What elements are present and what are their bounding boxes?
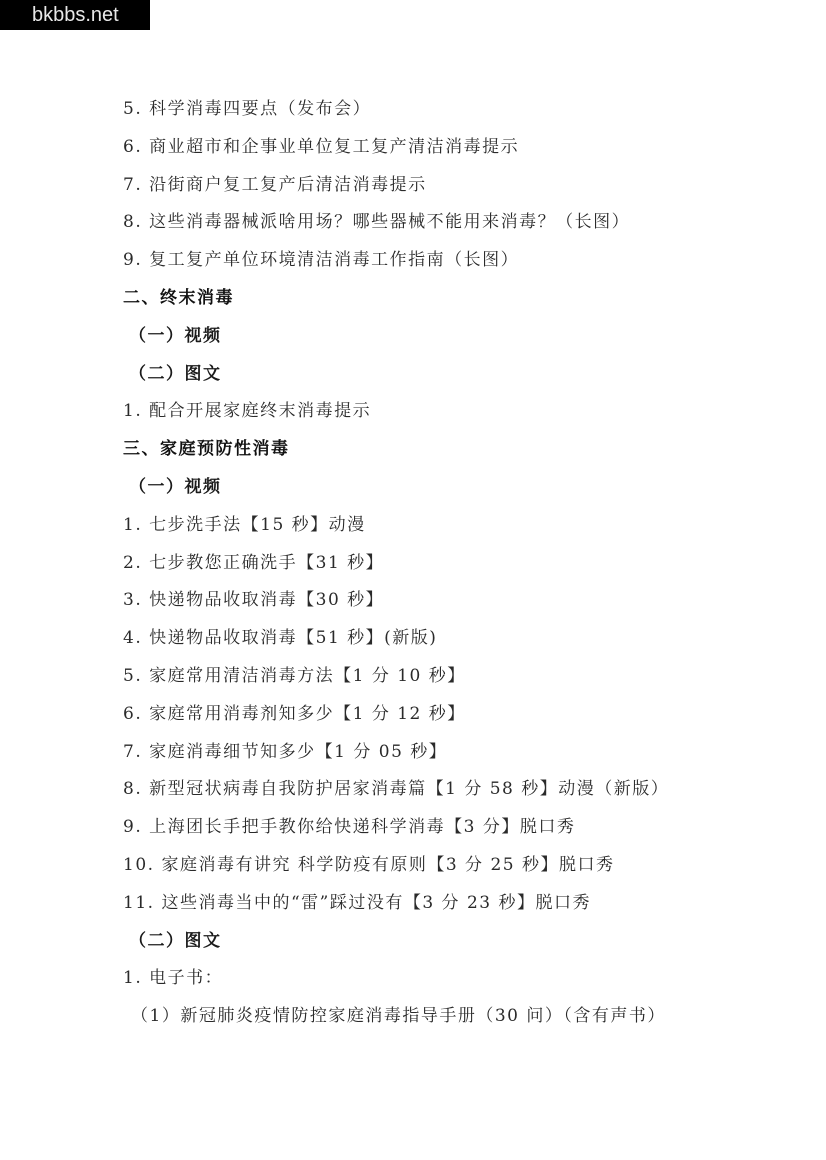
list-item: 8. 这些消毒器械派啥用场？哪些器械不能用来消毒？（长图） — [123, 204, 763, 242]
list-item: 3. 快递物品收取消毒【30 秒】 — [123, 582, 763, 620]
list-subitem: （1）新冠肺炎疫情防控家庭消毒指导手册（30 问）（含有声书） — [123, 998, 763, 1036]
section-heading: 三、家庭预防性消毒 — [123, 431, 763, 469]
list-item: 6. 家庭常用消毒剂知多少【1 分 12 秒】 — [123, 696, 763, 734]
document-body: 5. 科学消毒四要点（发布会） 6. 商业超市和企事业单位复工复产清洁消毒提示 … — [123, 91, 763, 1036]
list-item: 7. 沿街商户复工复产后清洁消毒提示 — [123, 167, 763, 205]
list-item: 9. 上海团长手把手教你给快递科学消毒【3 分】脱口秀 — [123, 809, 763, 847]
list-item: 6. 商业超市和企事业单位复工复产清洁消毒提示 — [123, 129, 763, 167]
section-heading: 二、终末消毒 — [123, 280, 763, 318]
list-item: 10. 家庭消毒有讲究 科学防疫有原则【3 分 25 秒】脱口秀 — [123, 847, 763, 885]
subsection-heading: （二）图文 — [123, 356, 763, 394]
list-item: 1. 配合开展家庭终末消毒提示 — [123, 393, 763, 431]
list-item: 2. 七步教您正确洗手【31 秒】 — [123, 545, 763, 583]
list-item: 9. 复工复产单位环境清洁消毒工作指南（长图） — [123, 242, 763, 280]
list-item: 4. 快递物品收取消毒【51 秒】(新版) — [123, 620, 763, 658]
list-item: 5. 科学消毒四要点（发布会） — [123, 91, 763, 129]
list-item: 1. 电子书： — [123, 960, 763, 998]
list-item: 1. 七步洗手法【15 秒】动漫 — [123, 507, 763, 545]
subsection-heading: （一）视频 — [123, 318, 763, 356]
list-item: 7. 家庭消毒细节知多少【1 分 05 秒】 — [123, 734, 763, 772]
list-item: 8. 新型冠状病毒自我防护居家消毒篇【1 分 58 秒】动漫（新版） — [123, 771, 763, 809]
list-item: 11. 这些消毒当中的“雷”踩过没有【3 分 23 秒】脱口秀 — [123, 885, 763, 923]
subsection-heading: （一）视频 — [123, 469, 763, 507]
list-item: 5. 家庭常用清洁消毒方法【1 分 10 秒】 — [123, 658, 763, 696]
subsection-heading: （二）图文 — [123, 923, 763, 961]
watermark-label: bkbbs.net — [0, 0, 150, 30]
